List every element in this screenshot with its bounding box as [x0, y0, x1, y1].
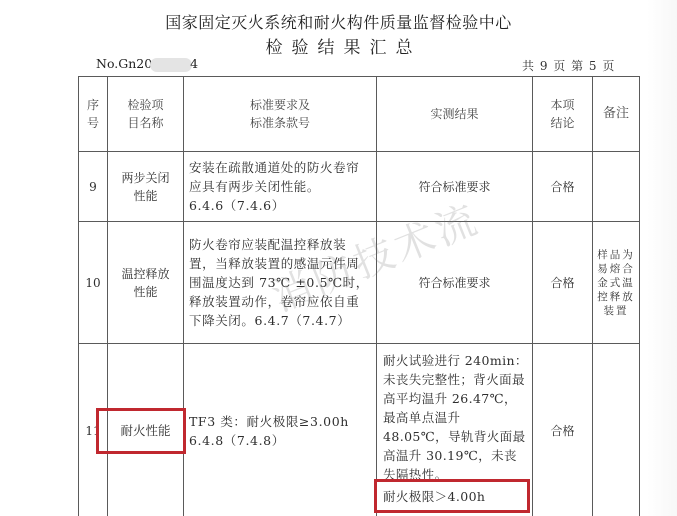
header-no: 序号: [79, 77, 108, 152]
row-standard: 防火卷帘应装配温控释放装置，当释放装置的感温元件周围温度达到 73℃ ±0.5℃…: [184, 222, 377, 344]
org-title: 国家固定灭火系统和耐火构件质量监督检验中心: [0, 10, 677, 33]
table-row: 11 耐火性能 TF3 类：耐火极限≥3.00h6.4.8（7.4.8） 耐火试…: [79, 344, 640, 516]
row-conclusion: 合格: [533, 344, 593, 516]
row-standard: TF3 类：耐火极限≥3.00h6.4.8（7.4.8）: [184, 344, 377, 516]
header-item: 检验项目名称: [108, 77, 184, 152]
document-number: No.Gn204: [96, 56, 198, 72]
row-conclusion: 合格: [533, 152, 593, 222]
table-row: 9 两步关闭性能 安装在疏散通道处的防火卷帘应具有两步关闭性能。6.4.6（7.…: [79, 152, 640, 222]
page-edge-shade: [647, 0, 677, 516]
doc-no-prefix: No.Gn20: [96, 56, 152, 71]
header-standard: 标准要求及标准条款号: [184, 77, 377, 152]
row-result: 符合标准要求: [377, 222, 533, 344]
row-no: 9: [79, 152, 108, 222]
row-no: 10: [79, 222, 108, 344]
doc-title: 检验结果汇总: [0, 33, 677, 58]
row-remark: [593, 152, 640, 222]
table-header-row: 序号 检验项目名称 标准要求及标准条款号 实测结果 本项结论 备注: [79, 77, 640, 152]
row-item: 耐火性能: [108, 344, 184, 516]
header-remark: 备注: [593, 77, 640, 152]
header-result: 实测结果: [377, 77, 533, 152]
row-remark: 样品为易熔合金式温控释放装置: [593, 222, 640, 344]
row-remark: [593, 344, 640, 516]
results-table: 序号 检验项目名称 标准要求及标准条款号 实测结果 本项结论 备注 9 两步关闭…: [78, 76, 640, 516]
fire-resistance-limit: 耐火极限＞4.00h: [383, 487, 528, 506]
table-row: 10 温控释放性能 防火卷帘应装配温控释放装置，当释放装置的感温元件周围温度达到…: [79, 222, 640, 344]
row-item: 两步关闭性能: [108, 152, 184, 222]
redacted-blur: [150, 58, 192, 72]
row-result: 耐火试验进行 240min：未丧失完整性；背火面最高平均温升 26.47℃，最高…: [377, 344, 533, 516]
doc-no-suffix: 4: [190, 56, 198, 71]
row-conclusion: 合格: [533, 222, 593, 344]
row-no: 11: [79, 344, 108, 516]
row-standard: 安装在疏散通道处的防火卷帘应具有两步关闭性能。6.4.6（7.4.6）: [184, 152, 377, 222]
row-item: 温控释放性能: [108, 222, 184, 344]
header-conclusion: 本项结论: [533, 77, 593, 152]
row-result: 符合标准要求: [377, 152, 533, 222]
page-info: 共 9 页 第 5 页: [522, 57, 614, 74]
